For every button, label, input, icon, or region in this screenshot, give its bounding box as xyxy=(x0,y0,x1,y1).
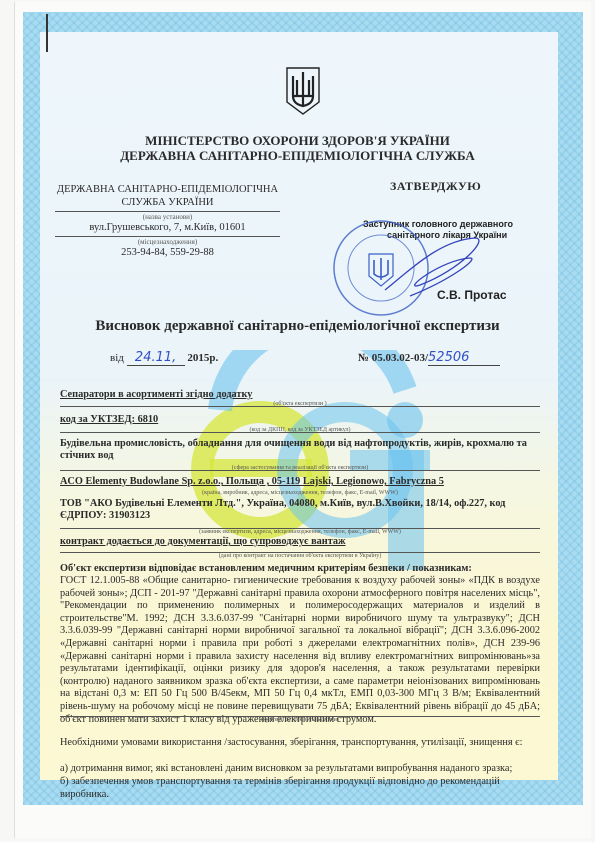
field-applicant: ТОВ "АКО Будівельні Елементи Лтд.", Укра… xyxy=(60,498,540,522)
field-scope-caption: (сфера застосування та реалізації об'єкт… xyxy=(60,465,540,471)
condition-item-b: б) забезпечення умов транспортування та … xyxy=(60,776,540,801)
institution-name-line2: СЛУЖБА УКРАЇНИ xyxy=(55,197,280,208)
scan-mark xyxy=(46,14,48,52)
field-scope: Будівельна промисловість, обладнання для… xyxy=(60,438,540,462)
criteria-caption: (критерії безпеки / показники) xyxy=(60,717,540,723)
institution-name-line1: ДЕРЖАВНА САНІТАРНО-ЕПІДЕМІОЛОГІЧНА xyxy=(55,184,280,195)
field-code: код за УКТЗЕД: 6810 xyxy=(60,414,158,425)
field-applicant-caption: (заявник експертизи, адреса, місцезнаход… xyxy=(60,529,540,535)
condition-item-a: а) дотримання вимог, які встановлені дан… xyxy=(60,763,540,776)
date-prefix: від xyxy=(110,352,124,364)
field-manufacturer: ACO Elementy Budowlane Sp. z.o.o., Польщ… xyxy=(60,476,444,487)
number-handwritten: 52506 xyxy=(428,350,500,366)
field-object: Сепаратори в асортименті згідно додатку xyxy=(60,389,252,400)
signer-name: С.В. Протас xyxy=(437,288,507,302)
document-title: Висновок державної санітарно-епідеміолог… xyxy=(0,318,595,335)
field-object-caption: (об'єкта експертизи ) xyxy=(60,401,540,407)
field-manufacturer-caption: (країна, виробник, адреса, місцезнаходже… xyxy=(60,490,540,496)
service-name: ДЕРЖАВНА САНІТАРНО-ЕПІДЕМІОЛОГІЧНА СЛУЖБ… xyxy=(0,148,595,164)
number-row: № 05.03.02-03/52506 xyxy=(358,350,500,366)
criteria-heading: Об'єкт експертизи відповідає встановлени… xyxy=(60,563,540,576)
institution-phones: 253-94-84, 559-29-88 xyxy=(55,247,280,258)
number-prefix: № 05.03.02-03/ xyxy=(358,352,428,364)
date-row: від 24.11, 2015р. xyxy=(110,350,218,366)
date-handwritten: 24.11, xyxy=(127,350,185,366)
field-contract-caption: (дані про контракт на постачання об'єкта… xyxy=(60,553,540,559)
criteria-text: ГОСТ 12.1.005-88 «Общие санитарно- гигие… xyxy=(60,575,540,726)
field-code-caption: (код за ДКПП, код за УКТЗЕД артикул) xyxy=(60,427,540,433)
trident-coat-of-arms-icon xyxy=(285,66,321,116)
field-contract: контракт додається до документації, що с… xyxy=(60,536,346,547)
conditions-heading: Необхідними умовами використання /застос… xyxy=(60,737,540,750)
institution-address: вул.Грушевського, 7, м.Київ, 01601 xyxy=(55,222,280,233)
approval-label: ЗАТВЕРДЖУЮ xyxy=(390,179,481,194)
institution-name-caption: (назва установи) xyxy=(55,213,280,221)
date-year: 2015р. xyxy=(187,352,218,364)
ministry-name: МІНІСТЕРСТВО ОХОРОНИ ЗДОРОВ'Я УКРАЇНИ xyxy=(0,133,595,149)
institution-address-caption: (місцезнаходження) xyxy=(55,238,280,246)
